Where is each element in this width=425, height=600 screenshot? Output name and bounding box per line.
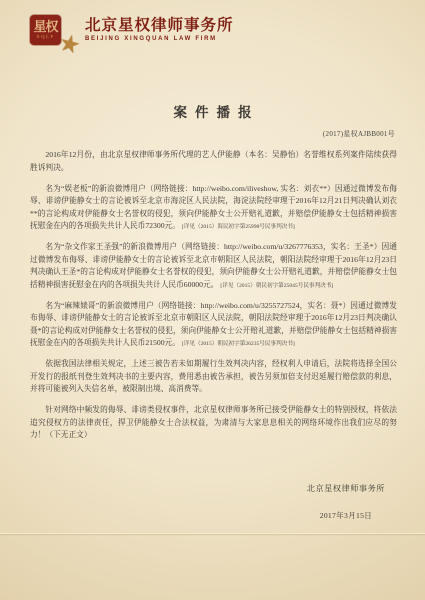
logo-box: 星权 XQLF: [30, 15, 61, 45]
signature-date: 2017年3月15日: [320, 510, 372, 521]
logo-box-characters: 星权: [33, 20, 57, 33]
citation: [详见（2015）海民初字第25998号民事判决书]: [182, 224, 295, 230]
law-firm-logo: 星权 XQLF ★ 北京星权律师事务所 BEIJING XINGQUAN LAW…: [30, 15, 234, 51]
signature-block: 北京星权律师事务所 2017年3月15日: [307, 483, 385, 521]
firm-name-english: BEIJING XINGQUAN LAW FIRM: [85, 36, 234, 42]
star-icon: ★: [57, 30, 84, 58]
document-page: 星权 XQLF ★ 北京星权律师事务所 BEIJING XINGQUAN LAW…: [0, 0, 425, 600]
paragraph-text: 名为“杂文作家王圣强”的新浪微博用户（网络链接：http://weibo.com…: [30, 242, 397, 289]
firm-names: 北京星权律师事务所 BEIJING XINGQUAN LAW FIRM: [85, 15, 234, 42]
citation: [详见（2015）朝民初字第26235号民事判决书]: [182, 341, 295, 347]
signature-firm-name: 北京星权律师事务所: [307, 483, 385, 494]
paragraph-legal-basis: 依据我国法律相关规定，上述三被告若未如期履行生效判决内容，经权利人申请后，法院将…: [30, 358, 397, 397]
case-number: (2017)星权AJBB001号: [323, 129, 395, 139]
footer-divider: [0, 533, 425, 534]
citation: [详见（2015）朝民初字第25045号民事判决书]: [220, 283, 333, 289]
paragraph-text: 2016年12月份，由北京星权律师事务所代理的艺人伊能静（本名：吴静怡）名誉维权…: [30, 150, 397, 172]
document-body: 2016年12月份，由北京星权律师事务所代理的艺人伊能静（本名：吴静怡）名誉维权…: [30, 149, 397, 450]
paragraph-intro: 2016年12月份，由北京星权律师事务所代理的艺人伊能静（本名：吴静怡）名誉维权…: [30, 149, 397, 175]
paragraph-text: 针对网络中频发的侮辱、诽谤类侵权事件，北京星权律师事务所已接受伊能静女士的特别授…: [30, 405, 397, 439]
paragraph-text: 依据我国法律相关规定，上述三被告若未如期履行生效判决内容，经权利人申请后，法院将…: [30, 359, 397, 393]
page-title: 案件播报: [0, 101, 425, 121]
paragraph-closing: 针对网络中频发的侮辱、诽谤类侵权事件，北京星权律师事务所已接受伊能静女士的特别授…: [30, 404, 397, 443]
paragraph-case-3: 名为“麻辣婊哥”的新浪微博用户（网络链接：http://weibo.com/u/…: [30, 300, 397, 351]
logo-mark: 星权 XQLF ★: [30, 15, 78, 51]
logo-box-letters: XQLF: [36, 35, 54, 40]
paragraph-case-1: 名为“娱老板”的新浪微博用户（网络链接：http://weibo.com/ili…: [30, 183, 397, 234]
paragraph-case-2: 名为“杂文作家王圣强”的新浪微博用户（网络链接：http://weibo.com…: [30, 241, 397, 292]
firm-name-chinese: 北京星权律师事务所: [85, 17, 234, 34]
